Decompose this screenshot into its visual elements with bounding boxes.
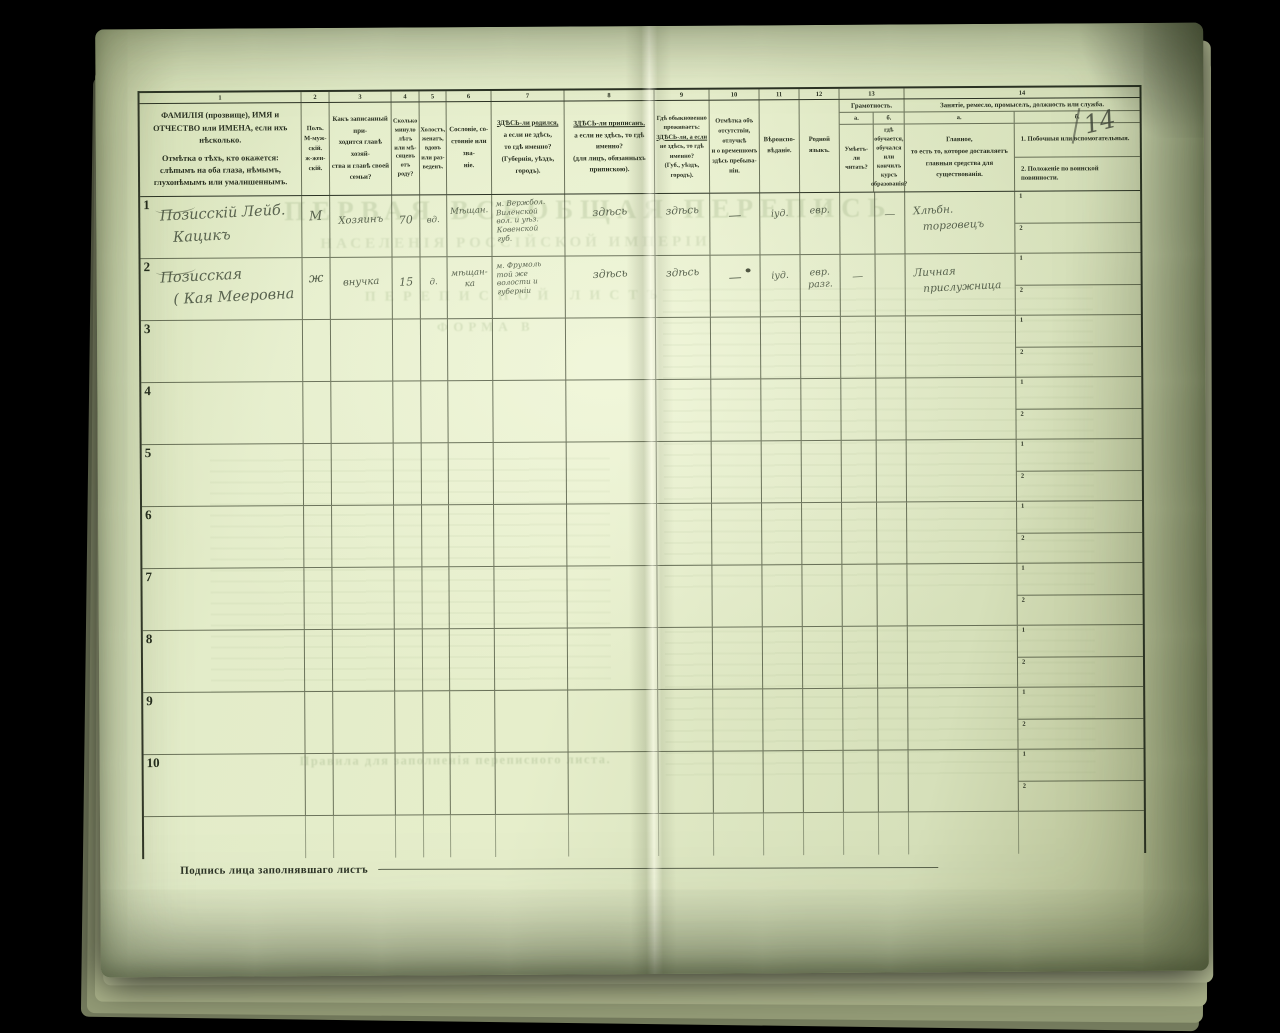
cell-born bbox=[493, 319, 566, 380]
cell-relation bbox=[332, 444, 394, 505]
header-name-note: Отмѣтка о тѣхъ, кто окажется: слѣпымъ на… bbox=[147, 152, 294, 190]
column-number: 7 bbox=[491, 91, 564, 101]
cell-lives bbox=[656, 380, 711, 441]
photo-background: ПЕРВАЯ ВСЕОБЩАЯ ПЕРЕПИСЬ НАСЕЛЕНІЯ РОССІ… bbox=[0, 0, 1280, 1033]
side-occupation-subcell: 1 bbox=[1019, 749, 1144, 780]
cell-estate: Мѣщан. bbox=[447, 195, 492, 256]
table-row: 2Позисская( Кая Мееровнажвнучка15д.мѣщан… bbox=[141, 253, 1141, 321]
table-header: ФАМИЛІЯ (прозвище), ИМЯ и ОТЧЕСТВО или И… bbox=[140, 98, 1141, 197]
cell-occupation: Личнаяприслужница bbox=[906, 254, 1016, 316]
cell-age: 70 bbox=[392, 195, 420, 256]
cell-estate bbox=[449, 443, 494, 504]
cell-marital bbox=[424, 753, 451, 814]
cell-age: 15 bbox=[393, 257, 421, 318]
subcell-number: 2 bbox=[1021, 534, 1024, 541]
cell-side-occupation: 12 bbox=[1018, 625, 1143, 687]
subcell-number: 1 bbox=[1020, 255, 1023, 262]
cell-side-occupation: 12 bbox=[1016, 315, 1141, 377]
cell-side-occupation: 12 bbox=[1016, 377, 1141, 439]
cell-sex bbox=[303, 382, 331, 443]
header-occupation-main: Главное,то есть то, которое доставляетъг… bbox=[905, 124, 1015, 192]
cell-lit_read: — bbox=[841, 255, 876, 316]
cell-registered bbox=[567, 504, 657, 566]
handwritten-entry: — bbox=[710, 207, 760, 224]
column-number: 11 bbox=[759, 89, 799, 99]
table-row: 312 bbox=[141, 315, 1141, 383]
cell-language bbox=[801, 317, 841, 378]
side-occupation-subcell: 2 bbox=[1017, 470, 1142, 501]
cell-relation bbox=[331, 320, 393, 381]
cell-marital bbox=[423, 629, 450, 690]
cell-born: м. Фрумольтой жеволости игуберніи bbox=[493, 257, 566, 318]
column-number: 9 bbox=[654, 90, 709, 100]
column-number: 13 bbox=[839, 88, 904, 98]
cell-occupation: Хлѣбн.торговецъ bbox=[905, 192, 1015, 254]
signature-label: Подпись лица заполнявшаго листъ bbox=[180, 864, 368, 877]
subcell-number: 1 bbox=[1019, 193, 1022, 200]
handwritten-entry: 70 bbox=[392, 213, 420, 227]
cell-name: 5 bbox=[142, 444, 304, 506]
signature-row: Подпись лица заполнявшаго листъ bbox=[180, 860, 938, 877]
header-occupation-side-1: 1. Побочныя или вспомогательныя. bbox=[1015, 123, 1140, 158]
cell-language: евр. bbox=[800, 193, 840, 254]
cell-registered bbox=[569, 752, 659, 814]
row-number: 7 bbox=[145, 569, 152, 585]
handwritten-entry: Хозяинъ bbox=[330, 213, 391, 227]
cell-registered bbox=[566, 318, 656, 380]
row-number: 9 bbox=[146, 693, 153, 709]
cell-registered bbox=[568, 690, 658, 752]
cell-language bbox=[802, 565, 842, 626]
cell-language bbox=[803, 689, 843, 750]
header-marital: Холостъ,женатъ,вдовъили раз-веденъ. bbox=[420, 102, 448, 194]
cell-relation bbox=[331, 382, 393, 443]
cell-lit_read bbox=[843, 627, 878, 688]
table-row: 1012 bbox=[144, 749, 1144, 817]
cell-occupation bbox=[908, 688, 1018, 750]
cell-born bbox=[495, 629, 568, 690]
header-age: Сколькоминулолѣтъили мѣ-сяцевъотъ роду? bbox=[392, 102, 421, 194]
cell-estate bbox=[449, 567, 494, 628]
cell-estate bbox=[451, 753, 496, 814]
handwritten-entry: здѣсь bbox=[655, 203, 710, 218]
cell-registered bbox=[566, 380, 656, 442]
cell-estate bbox=[450, 629, 495, 690]
side-occupation-subcell: 1 bbox=[1016, 315, 1141, 346]
cell-registered: здѣсь bbox=[566, 256, 656, 318]
cell-sex: М bbox=[302, 196, 330, 257]
cell-relation bbox=[332, 568, 394, 629]
cell-sex bbox=[304, 506, 332, 567]
cell-name: 2Позисская( Кая Мееровна bbox=[141, 258, 303, 320]
cell-occupation bbox=[907, 564, 1017, 626]
cell-marital: д. bbox=[421, 257, 448, 318]
handwritten-entry: евр. bbox=[800, 204, 840, 218]
cell-lit_read bbox=[842, 441, 877, 502]
cell-lit_read bbox=[843, 689, 878, 750]
cell-age bbox=[394, 567, 422, 628]
handwritten-entry: Хлѣбн.торговецъ bbox=[904, 189, 1015, 236]
cell-estate bbox=[448, 319, 493, 380]
subcell-number: 2 bbox=[1020, 348, 1023, 355]
handwritten-entry: д. bbox=[420, 277, 446, 288]
subcell-number: 2 bbox=[1023, 782, 1026, 789]
side-occupation-subcell: 1 bbox=[1018, 687, 1143, 718]
cell-lives bbox=[657, 566, 712, 627]
table-row: 412 bbox=[141, 377, 1141, 445]
cell-marital bbox=[423, 691, 450, 752]
cell-absence bbox=[711, 379, 761, 440]
cell-absence bbox=[714, 751, 764, 812]
cell-marital bbox=[421, 381, 448, 442]
cell-born bbox=[496, 753, 569, 814]
cell-language bbox=[802, 503, 842, 564]
header-literacy-where: гдѣ обучается,обучался иликончилъ курсъо… bbox=[874, 124, 904, 191]
handwritten-entry: Позисскій Лейб.Кацикъ bbox=[139, 193, 302, 251]
handwritten-entry: — bbox=[710, 269, 760, 286]
cell-age bbox=[394, 443, 422, 504]
cell-marital bbox=[422, 443, 449, 504]
table-row: 512 bbox=[142, 439, 1142, 507]
header-occupation-side: 1. Побочныя или вспомогательныя. 2. Поло… bbox=[1015, 123, 1140, 191]
cell-occupation bbox=[907, 440, 1017, 502]
header-literacy-read: Умѣетъ-личитать? bbox=[840, 125, 874, 192]
column-number: 12 bbox=[799, 89, 839, 99]
cell-lives bbox=[657, 442, 712, 503]
subcell-number: 2 bbox=[1022, 596, 1025, 603]
cell-registered: здѣсь bbox=[565, 194, 655, 256]
cell-born bbox=[494, 443, 567, 504]
cell-born: м. Вержбол.Виленскойвол. и уѣз.Ковенской… bbox=[492, 195, 565, 256]
cell-sex bbox=[306, 754, 334, 815]
census-sheet: ПЕРВАЯ ВСЕОБЩАЯ ПЕРЕПИСЬ НАСЕЛЕНІЯ РОССІ… bbox=[95, 23, 1209, 978]
header-literacy-a-label: а. bbox=[840, 113, 875, 124]
cell-registered bbox=[567, 442, 657, 504]
handwritten-entry: здѣсь bbox=[565, 203, 655, 220]
cell-side-occupation: 12 bbox=[1017, 439, 1142, 501]
cell-religion bbox=[761, 379, 801, 440]
table-row: 712 bbox=[142, 563, 1142, 631]
handwritten-entry: м. Фрумольтой жеволости игуберніи bbox=[492, 255, 566, 297]
cell-occupation bbox=[909, 750, 1019, 812]
cell-religion: іуд. bbox=[760, 193, 800, 254]
cell-religion bbox=[764, 751, 804, 812]
cell-language bbox=[803, 627, 843, 688]
cell-lit_where bbox=[876, 316, 906, 377]
cell-sex bbox=[305, 630, 333, 691]
side-occupation-subcell: 2 bbox=[1018, 594, 1143, 625]
header-residence: Гдѣ обыкновеннопроживаетъ:ЗДѢСЬ-ли, а ес… bbox=[655, 101, 711, 193]
header-literacy-label: Грамотность. bbox=[840, 99, 904, 112]
side-occupation-subcell: 1 bbox=[1017, 563, 1142, 594]
cell-lit_where bbox=[877, 502, 907, 563]
signature-line bbox=[378, 867, 938, 870]
cell-relation bbox=[332, 506, 394, 567]
census-table: 1 2 3 4 5 6 7 8 9 10 11 12 13 14 ФАМИЛІЯ… bbox=[137, 85, 1146, 859]
cell-religion: іуд. bbox=[761, 255, 801, 316]
cell-side-occupation: 12 bbox=[1017, 563, 1142, 625]
cell-estate bbox=[449, 505, 494, 566]
side-occupation-subcell: 1 bbox=[1017, 501, 1142, 532]
subcell-number: 1 bbox=[1022, 689, 1025, 696]
cell-religion bbox=[761, 317, 801, 378]
cell-occupation bbox=[906, 316, 1016, 378]
row-number: 3 bbox=[144, 321, 151, 337]
table-row: 912 bbox=[143, 687, 1143, 755]
cell-absence: — bbox=[711, 255, 761, 316]
cell-lives bbox=[656, 318, 711, 379]
column-number: 4 bbox=[392, 91, 420, 101]
cell-name: 8 bbox=[143, 630, 305, 692]
row-number: 4 bbox=[144, 383, 151, 399]
cell-registered bbox=[567, 566, 657, 628]
cell-lit_where bbox=[878, 688, 908, 749]
cell-religion bbox=[763, 627, 803, 688]
cell-lit_where bbox=[876, 254, 906, 315]
cell-sex bbox=[303, 320, 331, 381]
column-number: 3 bbox=[330, 92, 392, 102]
header-relation: Какъ записанный при-ходится главѣ хозяй-… bbox=[330, 103, 393, 195]
cell-absence bbox=[711, 317, 761, 378]
column-number: 5 bbox=[419, 91, 446, 101]
side-occupation-subcell: 2 bbox=[1016, 346, 1141, 377]
table-row: 1Позисскій Лейб.КацикъМХозяинъ70вд.Мѣщан… bbox=[140, 191, 1140, 259]
header-name-column: ФАМИЛІЯ (прозвище), ИМЯ и ОТЧЕСТВО или И… bbox=[140, 103, 303, 196]
row-number: 5 bbox=[145, 445, 152, 461]
cell-estate: мѣщан-ка bbox=[448, 257, 493, 318]
cell-side-occupation: 12 bbox=[1017, 501, 1142, 563]
column-number: 14 bbox=[904, 87, 1139, 98]
header-literacy-group: Грамотность. а. б. Умѣетъ-личитать? гдѣ … bbox=[840, 99, 906, 191]
table-row: 612 bbox=[142, 501, 1142, 569]
side-occupation-subcell: 1 bbox=[1017, 439, 1142, 470]
header-literacy-sublabels: а. б. bbox=[840, 112, 904, 124]
header-registration: ЗДѢСЬ-ли приписанъ,а если не здѣсь, то г… bbox=[565, 101, 656, 194]
cell-lit_read bbox=[844, 751, 879, 812]
handwritten-entry: Личнаяприслужница bbox=[905, 251, 1016, 298]
cell-name: 4 bbox=[141, 382, 303, 444]
cell-language: евр.разг. bbox=[801, 255, 841, 316]
cell-born bbox=[494, 567, 567, 628]
cell-side-occupation: 12 bbox=[1018, 687, 1143, 749]
cell-relation bbox=[333, 692, 395, 753]
row-number: 2 bbox=[144, 259, 151, 275]
cell-name: 10 bbox=[144, 754, 306, 816]
cell-lit_where bbox=[876, 378, 906, 439]
subcell-number: 1 bbox=[1021, 503, 1024, 510]
handwritten-entry: вд. bbox=[420, 215, 446, 226]
cell-born bbox=[495, 691, 568, 752]
cell-occupation bbox=[908, 626, 1018, 688]
cell-religion bbox=[762, 565, 802, 626]
side-occupation-subcell: 1 bbox=[1018, 625, 1143, 656]
cell-side-occupation: 12 bbox=[1015, 191, 1140, 253]
cell-relation: Хозяинъ bbox=[330, 196, 392, 257]
cell-born bbox=[493, 381, 566, 442]
row-number: 1 bbox=[143, 197, 150, 213]
column-number: 8 bbox=[564, 90, 654, 101]
cell-name: 1Позисскій Лейб.Кацикъ bbox=[140, 196, 302, 258]
cell-lit_read bbox=[841, 379, 876, 440]
handwritten-entry: — bbox=[840, 269, 875, 284]
cell-relation bbox=[333, 630, 395, 691]
header-estate: Сословіе, со-стояніе или зва-ніе. bbox=[447, 102, 493, 194]
cell-name: 9 bbox=[143, 692, 305, 754]
cell-side-occupation: 12 bbox=[1016, 253, 1141, 315]
subcell-number: 1 bbox=[1023, 751, 1026, 758]
cell-absence bbox=[712, 565, 762, 626]
cell-lit_read bbox=[842, 503, 877, 564]
cell-born bbox=[494, 505, 567, 566]
handwritten-entry: іуд. bbox=[760, 269, 799, 282]
side-occupation-subcell: 1 bbox=[1016, 377, 1141, 408]
handwritten-entry: внучка bbox=[330, 275, 391, 289]
header-literacy-b-label: б. bbox=[874, 112, 904, 123]
side-occupation-subcell: 2 bbox=[1019, 780, 1144, 811]
column-number: 10 bbox=[709, 89, 759, 99]
side-occupation-subcell: 1 bbox=[1015, 191, 1140, 222]
subcell-number: 1 bbox=[1022, 627, 1025, 634]
handwritten-entry: евр.разг. bbox=[800, 266, 840, 293]
cell-marital: вд. bbox=[420, 195, 447, 256]
subcell-number: 2 bbox=[1022, 720, 1025, 727]
header-religion: Вѣроиспо-вѣданіе. bbox=[760, 100, 801, 192]
handwritten-entry: Позисская( Кая Мееровна bbox=[140, 255, 303, 313]
cell-language bbox=[804, 751, 844, 812]
cell-name: 7 bbox=[142, 568, 304, 630]
row-number: 8 bbox=[146, 631, 153, 647]
cell-estate bbox=[448, 381, 493, 442]
column-number: 6 bbox=[446, 91, 491, 101]
cell-lit_where bbox=[878, 626, 908, 687]
cell-marital bbox=[422, 567, 449, 628]
subcell-number: 2 bbox=[1022, 658, 1025, 665]
cell-age bbox=[393, 381, 421, 442]
table-body: 1Позисскій Лейб.КацикъМХозяинъ70вд.Мѣщан… bbox=[140, 191, 1144, 817]
ink-dot bbox=[746, 268, 751, 272]
cell-name: 3 bbox=[141, 320, 303, 382]
cell-lit_where: — bbox=[875, 192, 905, 253]
handwritten-entry: — bbox=[875, 207, 905, 221]
handwritten-entry: здѣсь bbox=[565, 265, 655, 282]
table-tail-lines bbox=[144, 811, 1144, 859]
subcell-number: 2 bbox=[1019, 224, 1022, 231]
side-occupation-subcell: 2 bbox=[1018, 718, 1143, 749]
cell-estate bbox=[450, 691, 495, 752]
cell-religion bbox=[762, 503, 802, 564]
column-number: 1 bbox=[140, 92, 302, 103]
cell-name: 6 bbox=[142, 506, 304, 568]
cell-lit_read bbox=[842, 565, 877, 626]
cell-language bbox=[802, 441, 842, 502]
cell-religion bbox=[763, 689, 803, 750]
handwritten-entry: здѣсь bbox=[655, 265, 710, 280]
handwritten-entry: мѣщан-ка bbox=[447, 267, 492, 291]
subcell-number: 2 bbox=[1020, 410, 1023, 417]
cell-lit_where bbox=[877, 564, 907, 625]
subcell-number: 2 bbox=[1021, 472, 1024, 479]
cell-religion bbox=[762, 441, 802, 502]
cell-marital bbox=[421, 319, 448, 380]
table-row: 812 bbox=[143, 625, 1143, 693]
header-occupation-a-label: а. bbox=[905, 112, 1015, 124]
cell-lit_read bbox=[840, 193, 875, 254]
cell-lit_where bbox=[879, 750, 909, 811]
handwritten-entry: Мѣщан. bbox=[447, 205, 491, 218]
cell-marital bbox=[422, 505, 449, 566]
side-occupation-subcell: 2 bbox=[1018, 656, 1143, 687]
cell-lives bbox=[658, 628, 713, 689]
handwritten-entry: м. Вержбол.Виленскойвол. и уѣз.Ковенской… bbox=[491, 193, 565, 244]
side-occupation-subcell: 2 bbox=[1016, 408, 1141, 439]
cell-lives: здѣсь bbox=[656, 256, 711, 317]
cell-absence bbox=[712, 503, 762, 564]
cell-lit_where bbox=[877, 440, 907, 501]
cell-sex bbox=[305, 692, 333, 753]
cell-age bbox=[394, 505, 422, 566]
cell-absence bbox=[712, 441, 762, 502]
row-number: 10 bbox=[147, 755, 160, 771]
header-language: Роднойязыкъ. bbox=[800, 100, 841, 192]
cell-sex: ж bbox=[303, 258, 331, 319]
cell-lit_read bbox=[841, 317, 876, 378]
cell-occupation bbox=[907, 502, 1017, 564]
header-name-text: ФАМИЛІЯ (прозвище), ИМЯ и ОТЧЕСТВО или И… bbox=[147, 109, 294, 147]
column-number: 2 bbox=[302, 92, 330, 102]
subcell-number: 1 bbox=[1020, 379, 1023, 386]
subcell-number: 1 bbox=[1020, 317, 1023, 324]
cell-occupation bbox=[906, 378, 1016, 440]
handwritten-entry: іуд. bbox=[760, 207, 799, 220]
cell-sex bbox=[304, 568, 332, 629]
cell-lives bbox=[659, 752, 714, 813]
subcell-number: 1 bbox=[1021, 565, 1024, 572]
cell-relation bbox=[334, 754, 396, 815]
cell-age bbox=[396, 753, 424, 814]
cell-lives: здѣсь bbox=[655, 194, 710, 255]
header-occupation-side-2: 2. Положеніе по воинской повинности. bbox=[1015, 157, 1140, 191]
cell-sex bbox=[304, 444, 332, 505]
cell-relation: внучка bbox=[331, 258, 393, 319]
cell-absence: — bbox=[710, 193, 760, 254]
handwritten-entry: 15 bbox=[392, 275, 420, 289]
cell-lives bbox=[657, 504, 712, 565]
cell-side-occupation: 12 bbox=[1019, 749, 1144, 811]
cell-age bbox=[395, 629, 423, 690]
header-birthplace: ЗДѢСЬ-ли родился,а если не здѣсь,то гдѣ … bbox=[492, 102, 566, 194]
handwritten-entry: М bbox=[302, 208, 330, 224]
subcell-number: 2 bbox=[1020, 286, 1023, 293]
cell-registered bbox=[568, 628, 658, 690]
cell-absence bbox=[713, 689, 763, 750]
cell-age bbox=[393, 319, 421, 380]
cell-language bbox=[801, 379, 841, 440]
cell-absence bbox=[713, 627, 763, 688]
cell-lives bbox=[658, 690, 713, 751]
row-number: 6 bbox=[145, 507, 152, 523]
side-occupation-subcell: 2 bbox=[1015, 222, 1140, 253]
cell-age bbox=[395, 691, 423, 752]
subcell-number: 1 bbox=[1021, 441, 1024, 448]
header-sex: Полъ.М-муж-скій.ж-жен-скій. bbox=[302, 103, 331, 195]
side-occupation-subcell: 2 bbox=[1016, 284, 1141, 315]
side-occupation-subcell: 1 bbox=[1016, 253, 1141, 284]
header-absence: Отмѣтка объотсутствіи, отлучкѣи о времен… bbox=[710, 100, 761, 192]
side-occupation-subcell: 2 bbox=[1017, 532, 1142, 563]
handwritten-entry: ж bbox=[302, 270, 330, 286]
